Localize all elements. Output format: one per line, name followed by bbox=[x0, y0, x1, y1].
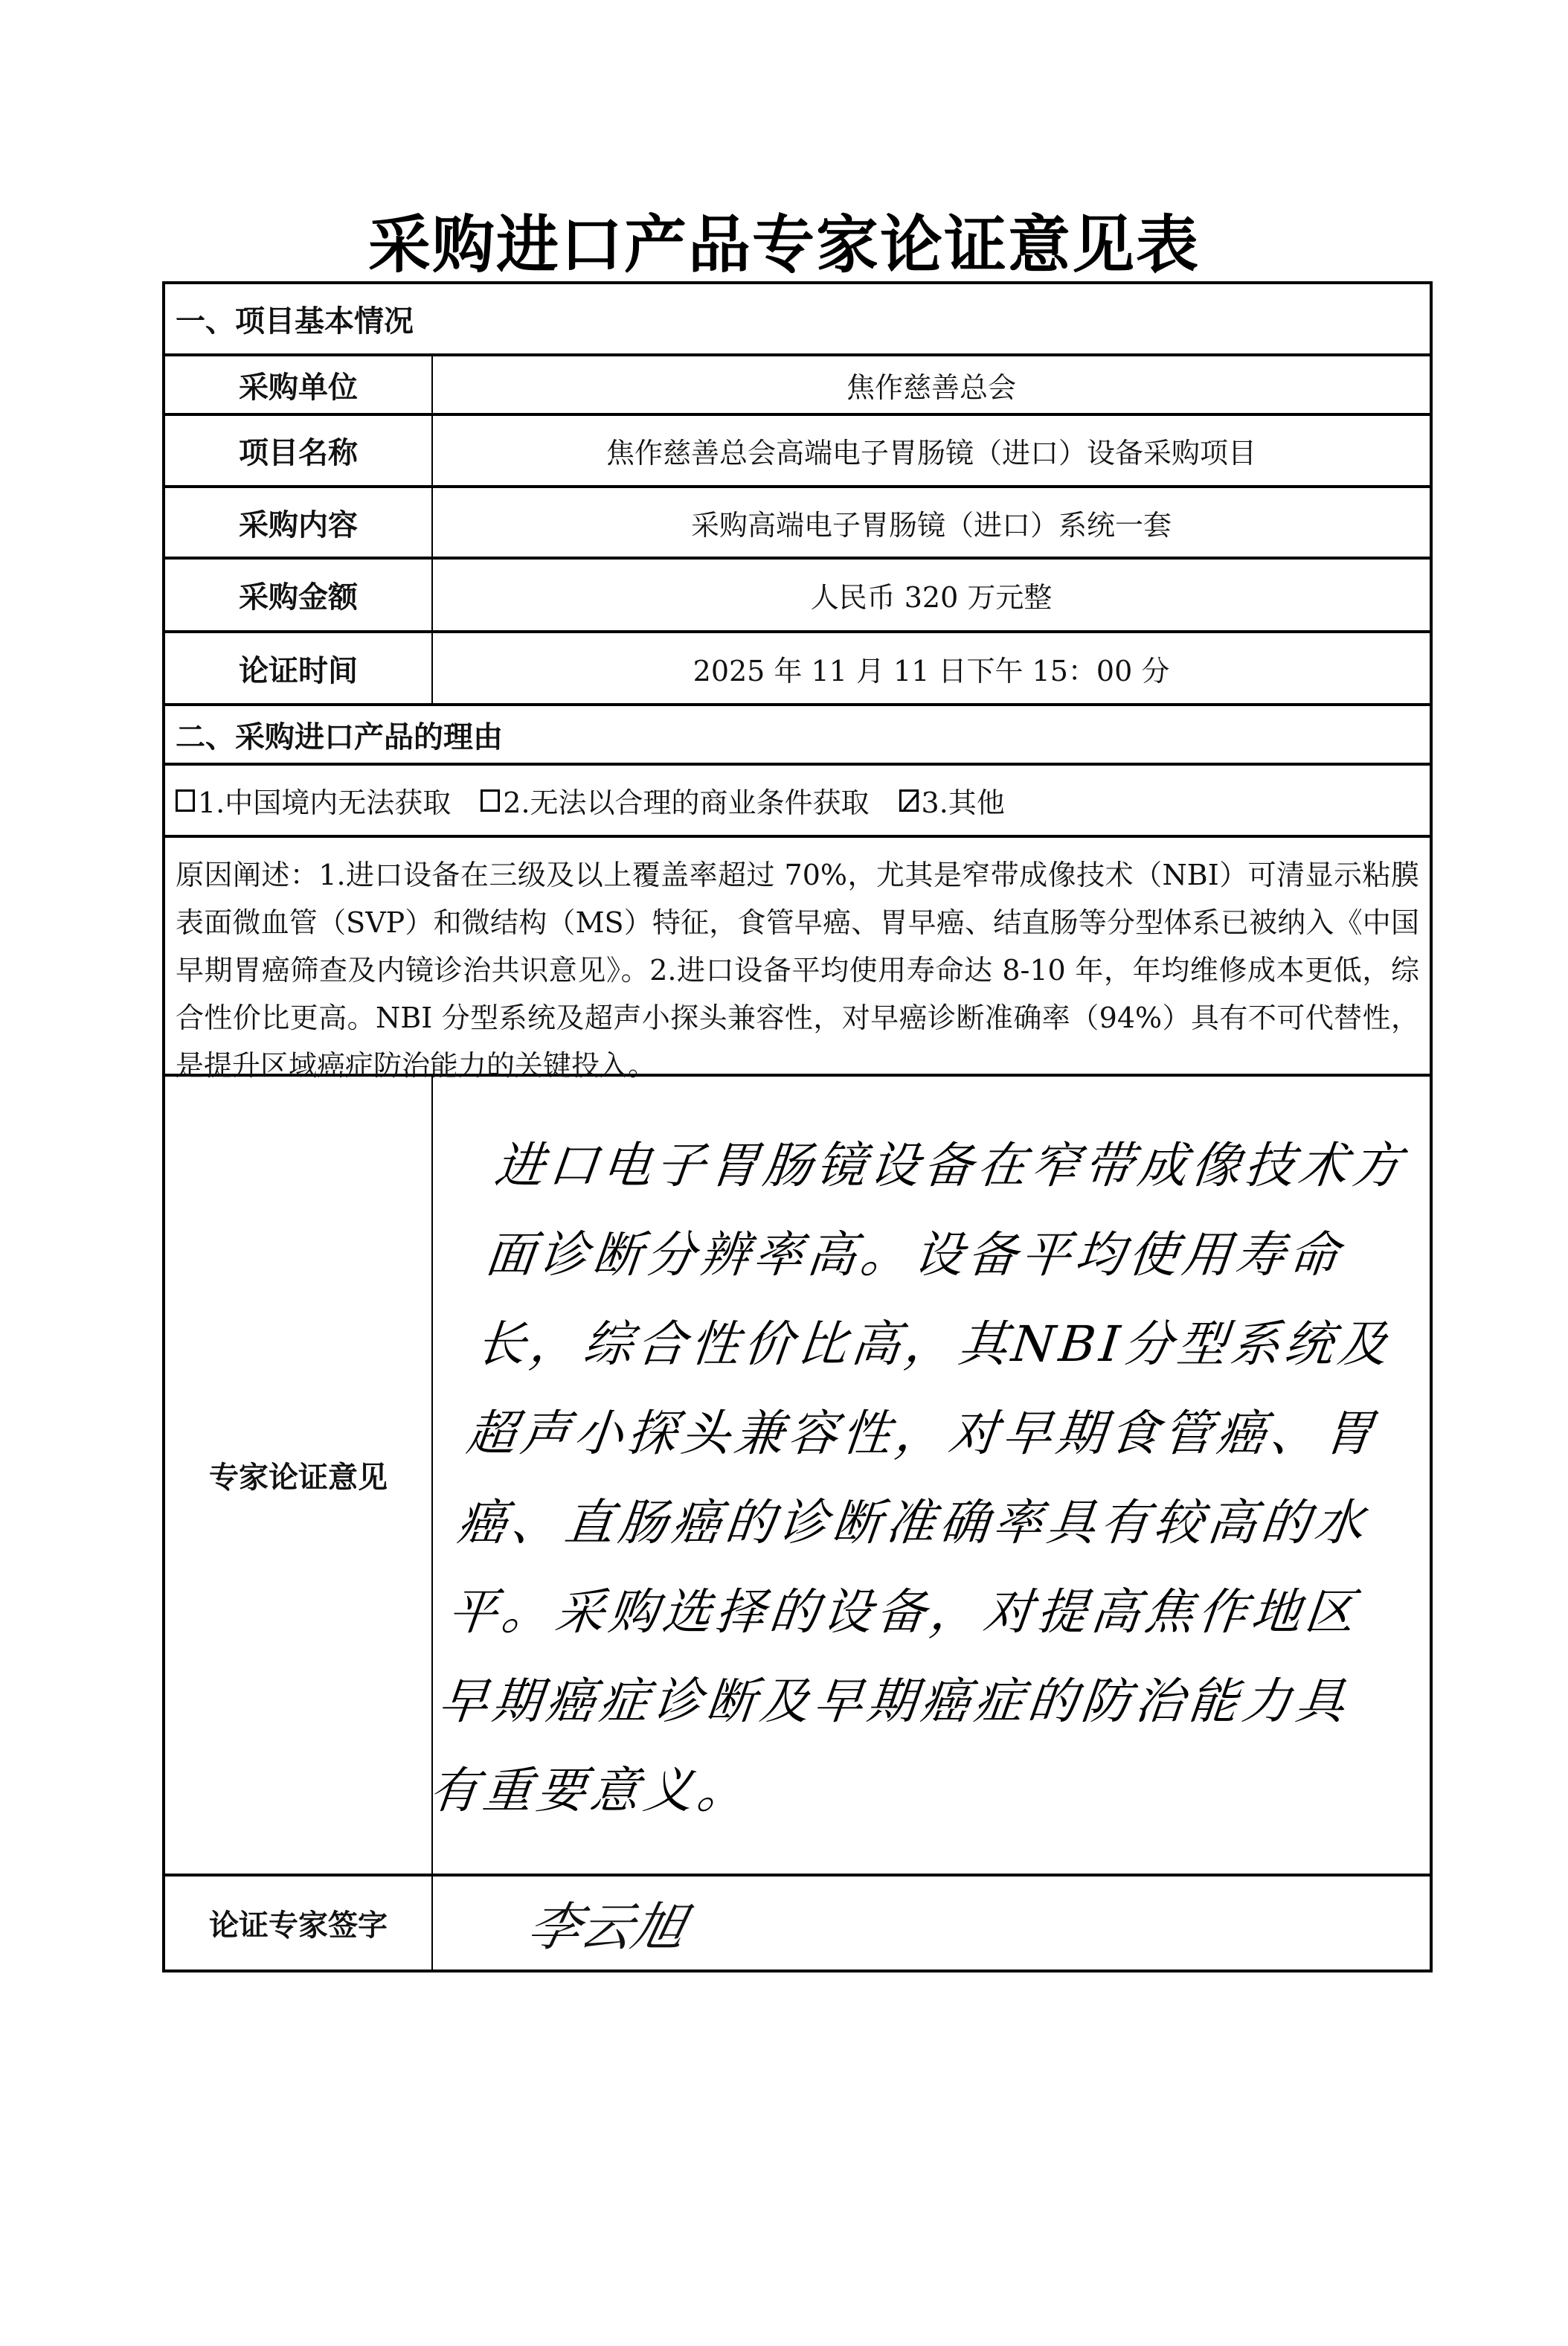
expert-opinion-label: 专家论证意见 bbox=[165, 1077, 433, 1874]
signature-row: 论证专家签字 李云旭 bbox=[165, 1877, 1430, 1970]
option-unreasonable-terms[interactable]: 2.无法以合理的商业条件获取 bbox=[481, 780, 869, 821]
handwritten-opinion: 进口电子胃肠镜设备在窄带成像技术方面诊断分辨率高。设备平均使用寿命长，综合性价比… bbox=[391, 1077, 1472, 1874]
option-label: 3.其他 bbox=[922, 780, 1005, 821]
amount-label: 采购金额 bbox=[165, 560, 433, 630]
project-name-label: 项目名称 bbox=[165, 416, 433, 485]
handwritten-signature: 李云旭 bbox=[423, 1877, 1440, 1970]
section2-heading: 二、采购进口产品的理由 bbox=[165, 706, 1430, 763]
checkbox-unchecked-icon[interactable] bbox=[481, 789, 500, 812]
amount-value: 人民币 320 万元整 bbox=[433, 560, 1430, 630]
signature-label: 论证专家签字 bbox=[165, 1877, 433, 1970]
section1-header-row: 一、项目基本情况 bbox=[165, 284, 1430, 356]
info-row-purchaser: 采购单位 焦作慈善总会 bbox=[165, 356, 1430, 416]
content-value: 采购高端电子胃肠镜（进口）系统一套 bbox=[433, 488, 1430, 557]
info-row-amount: 采购金额 人民币 320 万元整 bbox=[165, 560, 1430, 633]
checkbox-checked-icon[interactable] bbox=[899, 789, 919, 812]
checkbox-unchecked-icon[interactable] bbox=[176, 789, 195, 812]
purchaser-label: 采购单位 bbox=[165, 356, 433, 413]
info-row-time: 论证时间 2025 年 11 月 11 日下午 15：00 分 bbox=[165, 633, 1430, 706]
option-label: 1.中国境内无法获取 bbox=[198, 780, 451, 821]
option-label: 2.无法以合理的商业条件获取 bbox=[503, 780, 869, 821]
expert-opinion-row: 专家论证意见 进口电子胃肠镜设备在窄带成像技术方面诊断分辨率高。设备平均使用寿命… bbox=[165, 1077, 1430, 1877]
section2-header-row: 二、采购进口产品的理由 bbox=[165, 706, 1430, 766]
section1-heading: 一、项目基本情况 bbox=[165, 284, 1430, 353]
purchaser-value: 焦作慈善总会 bbox=[433, 356, 1430, 413]
reason-paragraph: 原因阐述：1.进口设备在三级及以上覆盖率超过 70%，尤其是窄带成像技术（NBI… bbox=[165, 838, 1430, 1074]
opinion-form-table: 一、项目基本情况 采购单位 焦作慈善总会 项目名称 焦作慈善总会高端电子胃肠镜（… bbox=[162, 281, 1433, 1972]
option-other[interactable]: 3.其他 bbox=[899, 780, 1005, 821]
time-value: 2025 年 11 月 11 日下午 15：00 分 bbox=[433, 633, 1430, 703]
reason-text-row: 原因阐述：1.进口设备在三级及以上覆盖率超过 70%，尤其是窄带成像技术（NBI… bbox=[165, 838, 1430, 1077]
content-label: 采购内容 bbox=[165, 488, 433, 557]
reason-options-row: 1.中国境内无法获取 2.无法以合理的商业条件获取 3.其他 bbox=[165, 766, 1430, 838]
info-row-project-name: 项目名称 焦作慈善总会高端电子胃肠镜（进口）设备采购项目 bbox=[165, 416, 1430, 488]
time-label: 论证时间 bbox=[165, 633, 433, 703]
reason-options: 1.中国境内无法获取 2.无法以合理的商业条件获取 3.其他 bbox=[165, 766, 1430, 835]
option-unavailable-domestic[interactable]: 1.中国境内无法获取 bbox=[176, 780, 451, 821]
document-title: 采购进口产品专家论证意见表 bbox=[0, 195, 1568, 285]
info-row-content: 采购内容 采购高端电子胃肠镜（进口）系统一套 bbox=[165, 488, 1430, 560]
project-name-value: 焦作慈善总会高端电子胃肠镜（进口）设备采购项目 bbox=[433, 416, 1430, 485]
